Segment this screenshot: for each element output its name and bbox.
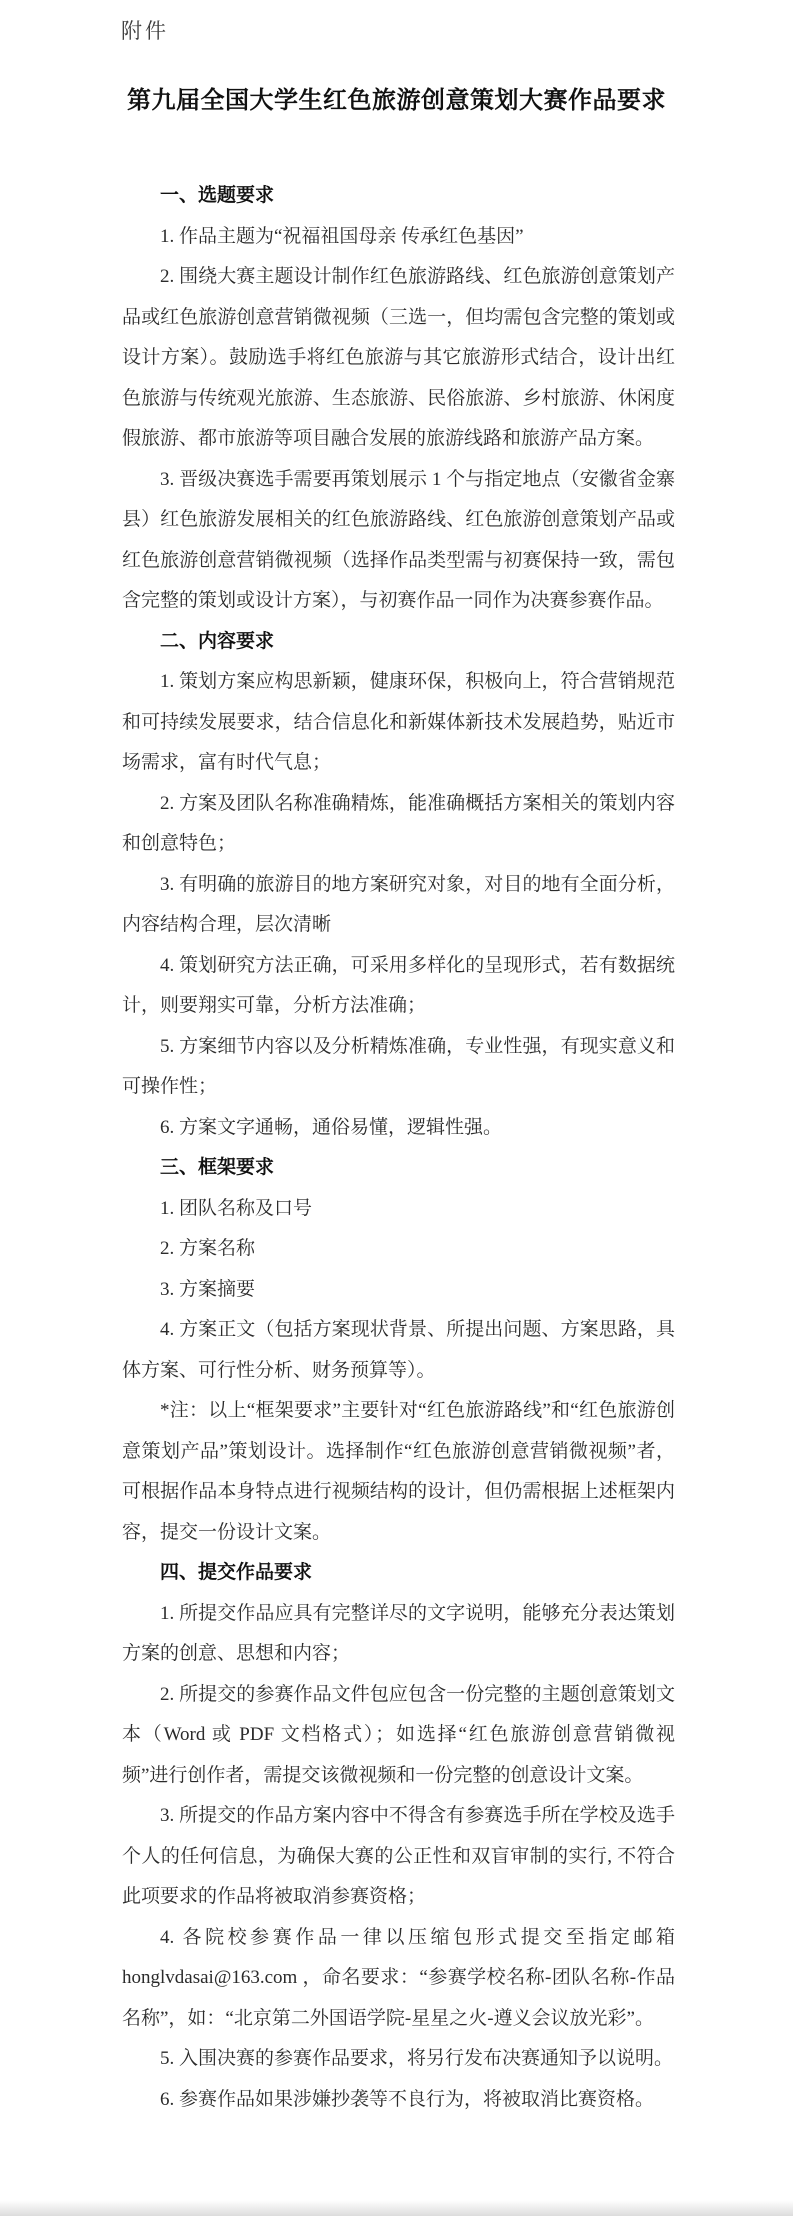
section-4-paragraph-4: 4. 各院校参赛作品一律以压缩包形式提交至指定邮箱 honglvdasai@16…: [122, 1918, 675, 2040]
section-3-paragraph-4: 4. 方案正文（包括方案现状背景、所提出问题、方案思路，具体方案、可行性分析、财…: [122, 1310, 675, 1391]
document-page: 附件 第九届全国大学生红色旅游创意策划大赛作品要求 一、选题要求 1. 作品主题…: [0, 0, 793, 2216]
section-4-heading: 四、提交作品要求: [122, 1553, 675, 1594]
document-body: 一、选题要求 1. 作品主题为“祝福祖国母亲 传承红色基因” 2. 围绕大赛主题…: [122, 176, 675, 2120]
section-2-paragraph-6: 6. 方案文字通畅，通俗易懂，逻辑性强。: [122, 1108, 675, 1149]
section-3-paragraph-2: 2. 方案名称: [122, 1229, 675, 1270]
document-title: 第九届全国大学生红色旅游创意策划大赛作品要求: [0, 80, 793, 115]
section-1-paragraph-2: 2. 围绕大赛主题设计制作红色旅游路线、红色旅游创意策划产品或红色旅游创意营销微…: [122, 257, 675, 460]
section-4-paragraph-5: 5. 入围决赛的参赛作品要求，将另行发布决赛通知予以说明。: [122, 2039, 675, 2080]
section-3-paragraph-3: 3. 方案摘要: [122, 1270, 675, 1311]
section-1-heading: 一、选题要求: [122, 176, 675, 217]
section-3-note: *注：以上“框架要求”主要针对“红色旅游路线”和“红色旅游创意策划产品”策划设计…: [122, 1391, 675, 1553]
section-4-paragraph-2: 2. 所提交的参赛作品文件包应包含一份完整的主题创意策划文本（Word 或 PD…: [122, 1675, 675, 1797]
page-bottom-shadow: [0, 2200, 793, 2216]
section-4-paragraph-1: 1. 所提交作品应具有完整详尽的文字说明，能够充分表达策划方案的创意、思想和内容…: [122, 1594, 675, 1675]
section-3-heading: 三、框架要求: [122, 1148, 675, 1189]
section-1-paragraph-1: 1. 作品主题为“祝福祖国母亲 传承红色基因”: [122, 217, 675, 258]
section-1-paragraph-3: 3. 晋级决赛选手需要再策划展示 1 个与指定地点（安徽省金寨县）红色旅游发展相…: [122, 460, 675, 622]
section-3-paragraph-1: 1. 团队名称及口号: [122, 1189, 675, 1230]
section-2-paragraph-3: 3. 有明确的旅游目的地方案研究对象，对目的地有全面分析，内容结构合理，层次清晰: [122, 865, 675, 946]
section-4-paragraph-3: 3. 所提交的作品方案内容中不得含有参赛选手所在学校及选手个人的任何信息，为确保…: [122, 1796, 675, 1918]
section-4-paragraph-6: 6. 参赛作品如果涉嫌抄袭等不良行为，将被取消比赛资格。: [122, 2080, 675, 2121]
section-2-paragraph-5: 5. 方案细节内容以及分析精炼准确，专业性强，有现实意义和可操作性；: [122, 1027, 675, 1108]
attachment-label: 附件: [121, 15, 169, 45]
section-2-paragraph-1: 1. 策划方案应构思新颖，健康环保，积极向上，符合营销规范和可持续发展要求，结合…: [122, 662, 675, 784]
section-2-paragraph-4: 4. 策划研究方法正确，可采用多样化的呈现形式，若有数据统计，则要翔实可靠，分析…: [122, 946, 675, 1027]
section-2-paragraph-2: 2. 方案及团队名称准确精炼，能准确概括方案相关的策划内容和创意特色；: [122, 784, 675, 865]
section-2-heading: 二、内容要求: [122, 622, 675, 663]
